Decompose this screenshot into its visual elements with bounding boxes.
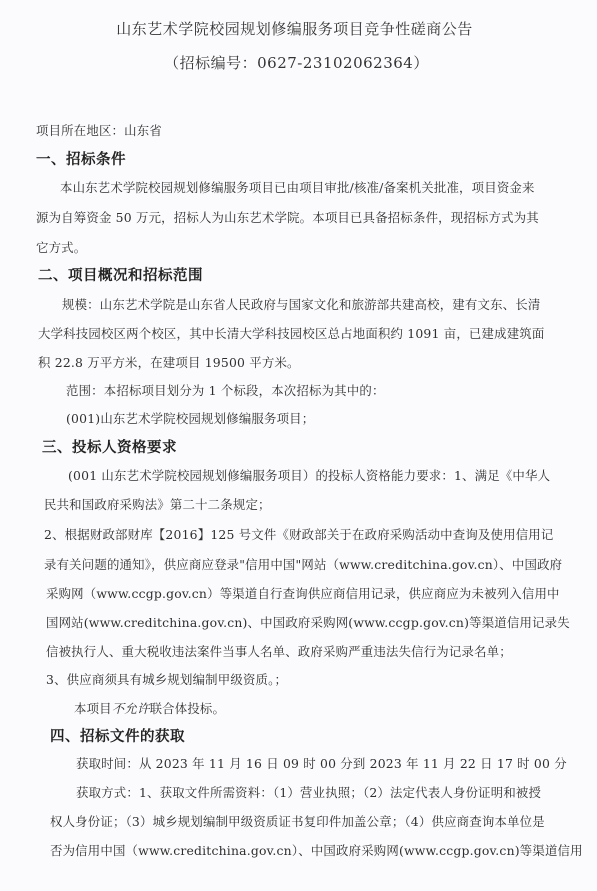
document-title: 山东艺术学院校园规划修编服务项目竞争性磋商公告 <box>0 18 593 39</box>
paragraph-line: 获取方式：1、获取文件所需资料：（1）营业执照；（2）法定代表人身份证明和被授 <box>76 783 541 801</box>
paragraph-line: (001 山东艺术学院校园规划修编服务项目）的投标人资格能力要求：1、满足《中华… <box>68 466 550 484</box>
section-heading-bidder-qualifications: 三、投标人资格要求 <box>42 436 177 457</box>
paragraph-line: 本山东艺术学院校园规划修编服务项目已由项目审批/核准/备案机关批准，项目资金来 <box>60 178 535 196</box>
paragraph-line: 民共和国政府采购法》第二十二条规定； <box>44 495 271 513</box>
tender-number: （招标编号：0627-23102062364） <box>0 52 595 73</box>
paragraph-line: 录有关问题的通知》，供应商应登录"信用中国"网站（www.creditchina… <box>44 555 562 573</box>
section-heading-project-overview: 二、项目概况和招标范围 <box>38 264 203 285</box>
joint-bid-statement: 本项目不允许联合体投标。 <box>74 699 225 717</box>
joint-bid-suffix: 联合体投标。 <box>150 701 226 716</box>
paragraph-line: 2、根据财政部财库【2016】125 号文件《财政部关于在政府采购活动中查询及使… <box>44 525 553 543</box>
paragraph-line: 规模：山东艺术学院是山东省人民政府与国家文化和旅游部共建高校，建有文东、长清 <box>62 295 540 313</box>
paragraph-line: 3、供应商须具有城乡规划编制甲级资质。； <box>46 670 287 688</box>
paragraph-line: 否为信用中国（www.creditchina.gov.cn）、中国政府采购网(w… <box>50 841 583 859</box>
paragraph-line: 范围：本招标项目划分为 1 个标段，本次招标为其中的： <box>66 381 385 399</box>
paragraph-line: 国网站(www.creditchina.gov.cn)、中国政府采购网(www.… <box>46 613 570 631</box>
paragraph-line: 积 22.8 万平方米，在建项目 19500 平方米。 <box>38 353 300 371</box>
paragraph-line: 采购网（www.ccgp.gov.cn）等渠道自行查询供应商信用记录，供应商应为… <box>46 584 560 602</box>
section-heading-bid-conditions: 一、招标条件 <box>36 148 126 169</box>
paragraph-line: (001)山东艺术学院校园规划修编服务项目； <box>66 409 314 427</box>
paragraph-line: 信被执行人、重大税收违法案件当事人名单、政府采购严重违法失信行为记录名单； <box>46 642 512 660</box>
paragraph-line: 权人身份证；（3）城乡规划编制甲级资质证书复印件加盖公章；（4）供应商查询本单位… <box>50 812 545 830</box>
paragraph-line: 源为自筹资金 50 万元，招标人为山东艺术学院。本项目已具备招标条件，现招标方式… <box>36 208 539 226</box>
document-page: 山东艺术学院校园规划修编服务项目竞争性磋商公告 （招标编号：0627-23102… <box>0 0 597 891</box>
project-region: 项目所在地区：山东省 <box>36 121 162 139</box>
paragraph-line: 它方式。 <box>36 238 86 256</box>
paragraph-line: 大学科技园校区两个校区，其中长清大学科技园校区总占地面积约 1091 亩，已建成… <box>38 324 544 342</box>
joint-bid-italic: 不允许 <box>112 701 150 716</box>
section-heading-document-acquisition: 四、招标文件的获取 <box>50 725 185 746</box>
paragraph-line: 获取时间：从 2023 年 11 月 16 日 09 时 00 分到 2023 … <box>76 754 567 772</box>
joint-bid-prefix: 本项目 <box>74 701 112 716</box>
